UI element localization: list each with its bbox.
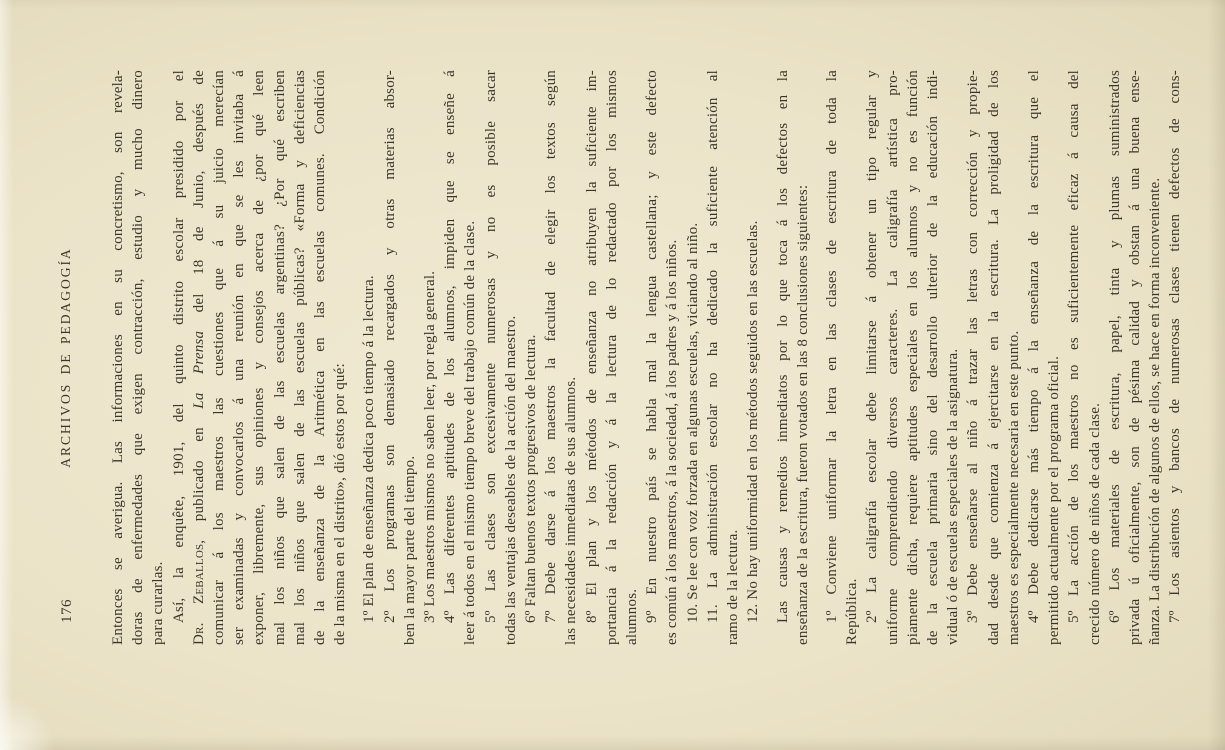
text-line: 4º Debe dedicarse más tiempo á la enseña… (1024, 70, 1044, 645)
text-line: República. (842, 70, 862, 645)
text-line: 2º Los programas son demasiado recargado… (380, 70, 400, 645)
text-line: doras de enfermedades que exigen contrac… (128, 70, 148, 645)
text-line: de la enseñanza de la Aritmética en las … (310, 70, 330, 645)
text-line: enseñanza de la escritura, fueron votado… (793, 70, 813, 645)
page-number: 176 (59, 599, 76, 623)
text-line: 7º Los asientos y bancos de numerosas cl… (1165, 70, 1185, 645)
text-line: ramo de la lectura. (723, 70, 743, 645)
text-line: exponer, libremente, sus opiniones y con… (249, 70, 269, 645)
text-line: de la escuela primaria sino del desarrol… (923, 70, 943, 645)
text-line: 4º Las diferentes aptitudes de los alumn… (440, 70, 460, 645)
text-line: vidual ó de escuelas especiales de la as… (943, 70, 963, 645)
text-line: todas las ventajas deseables de la acció… (501, 70, 521, 645)
running-title: ARCHIVOS DE PEDAGOGÍA (58, 70, 74, 645)
scanned-book-page: 176 ARCHIVOS DE PEDAGOGÍA Entonces se av… (0, 0, 1225, 750)
text-line: maestros es especialmente necesaria en e… (1004, 70, 1024, 645)
text-line: 5º La acción de los maestros no es sufic… (1064, 70, 1084, 645)
page-header: 176 ARCHIVOS DE PEDAGOGÍA (58, 70, 80, 645)
text-line: 10. Se lee con voz forzada en algunas es… (683, 70, 703, 645)
text-line: dad desde que comienza á ejercitarse en … (984, 70, 1004, 645)
text-line: comunicar á los maestros las cuestiones … (209, 70, 229, 645)
smallcaps-text: Dr. Zeballos (191, 544, 207, 645)
book-page: 176 ARCHIVOS DE PEDAGOGÍA Entonces se av… (0, 0, 1225, 750)
text-line: ñanza. La distribución de algunos de ell… (1145, 70, 1165, 645)
text-line: 11. La administración escolar no ha dedi… (703, 70, 723, 645)
text-line: 3º Los maestros mismos no saben leer, po… (420, 70, 440, 645)
text-line: 7º Debe darse á los maestros la facultad… (541, 70, 561, 645)
text-line: portancia á la redacción y á la lectura … (602, 70, 622, 645)
text-line: 12. No hay uniformidad en los métodos se… (743, 70, 763, 645)
text-line: 1º Conviene uniformar la letra en las cl… (822, 70, 842, 645)
text-line: permitido actualmente por el programa of… (1044, 70, 1064, 645)
text-line: Así, la enquête, 1901, del quinto distri… (169, 70, 189, 645)
text-line: privada ú oficialmente, son de pésima ca… (1125, 70, 1145, 645)
text-line: las necesidades inmediatas de sus alumno… (561, 70, 581, 645)
text-line: piamente dicha, requiere aptitudes espec… (903, 70, 923, 645)
text-line: Las causas y remedios inmediatos por lo … (773, 70, 793, 645)
text-run: , publicado en (191, 409, 207, 544)
text-line: para curarlas. (148, 70, 168, 645)
text-line: es común á los maestros, á la sociedad, … (662, 70, 682, 645)
italic-text: La Prensa (191, 331, 207, 409)
text-line: 6º Los materiales de escritura, papel, t… (1105, 70, 1125, 645)
text-line: de la misma en el distrito», dió estos p… (330, 70, 350, 645)
text-line: 6º Faltan buenos textos progresivos de l… (521, 70, 541, 645)
text-line: 5º Las clases son excesivamente numerosa… (481, 70, 501, 645)
text-line: 3º Debe enseñarse al niño á trazar las l… (963, 70, 983, 645)
text-line: ser examinadas y convocarlos á una reuni… (229, 70, 249, 645)
text-line: 2º La caligrafía escolar debe limitarse … (862, 70, 882, 645)
text-line: mal los niños que salen de las escuelas … (290, 70, 310, 645)
text-line: crecido número de niños de cada clase. (1085, 70, 1105, 645)
text-line: ben la mayor parte del tiempo. (400, 70, 420, 645)
text-line: Entonces se averigua. Las informaciones … (108, 70, 128, 645)
text-line: mal los niños que salen de las escuelas … (270, 70, 290, 645)
text-line: 9º En nuestro país se habla mal la lengu… (642, 70, 662, 645)
text-line: leer á todos en el mismo tiempo breve de… (460, 70, 480, 645)
text-line: alumnos. (622, 70, 642, 645)
text-block: Entonces se averigua. Las informaciones … (108, 70, 1186, 645)
text-run: del 18 de Junio, después de (191, 70, 207, 331)
text-line: 1º El plan de enseñanza dedica poco tiem… (359, 70, 379, 645)
text-line: Dr. Zeballos, publicado en La Prensa del… (189, 70, 209, 645)
text-line: 8º El plan y los métodos de enseñanza no… (582, 70, 602, 645)
text-line: uniforme comprendiendo diversos caracter… (883, 70, 903, 645)
